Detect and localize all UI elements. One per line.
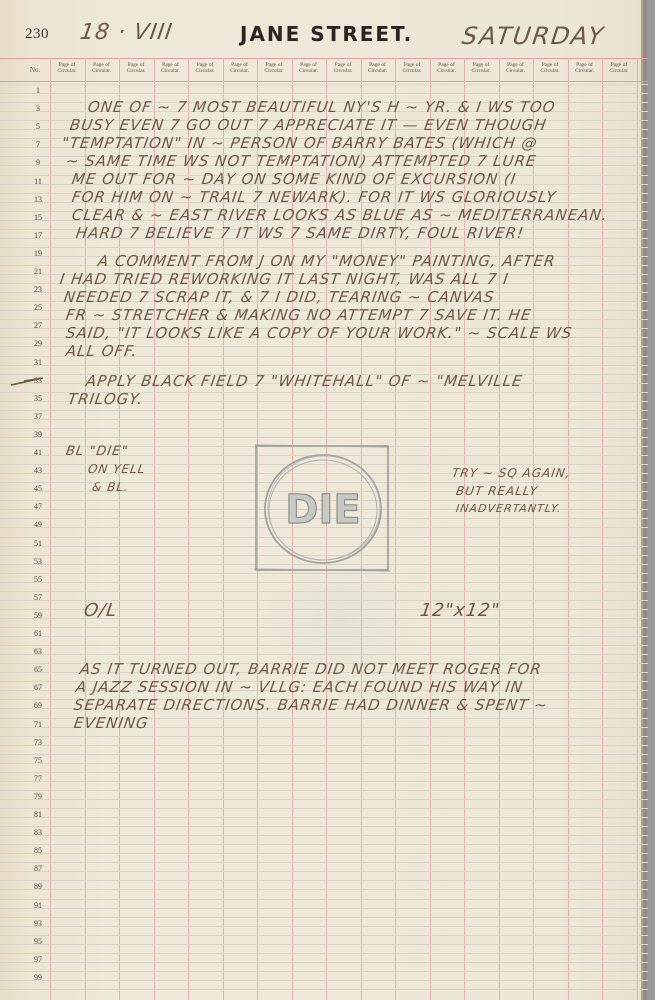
entry-line: I HAD TRIED REWORKING IT LAST NIGHT, WAS…	[59, 270, 510, 288]
row-number: 35	[30, 394, 46, 403]
entry-line: TRILOGY.	[67, 390, 145, 408]
note-left-line: ON YELL	[87, 462, 146, 476]
column-header-page-of-circular: Page of Circular.	[85, 62, 119, 74]
row-rule	[0, 962, 648, 963]
row-rule	[0, 736, 648, 737]
entry-line: A COMMENT FROM J ON MY "MONEY" PAINTING,…	[97, 252, 557, 270]
row-rule	[0, 754, 648, 755]
no-column-label: No.	[30, 66, 40, 74]
row-rule	[0, 781, 648, 782]
column-header-page-of-circular: Page of Circular.	[499, 62, 533, 74]
row-number: 99	[30, 973, 46, 982]
row-number: 85	[30, 846, 46, 855]
label-dimensions: 12"x12"	[419, 600, 502, 621]
row-number: 61	[30, 629, 46, 638]
column-rule	[50, 58, 51, 1000]
entry-line: SAID, "IT LOOKS LIKE A COPY OF YOUR WORK…	[65, 324, 574, 342]
row-rule	[0, 772, 648, 773]
ledger-page: 230 18 · VIII JANE STREET. SATURDAY No. …	[0, 0, 648, 1000]
row-number: 51	[30, 539, 46, 548]
page-title: JANE STREET.	[240, 22, 413, 46]
row-rule	[0, 853, 648, 854]
entry-line: NEEDED 7 SCRAP IT, & 7 I DID, TEARING ~ …	[63, 288, 496, 306]
row-number: 23	[30, 285, 46, 294]
row-number: 53	[30, 557, 46, 566]
column-header-page-of-circular: Page of Circular.	[50, 62, 84, 74]
row-number: 83	[30, 828, 46, 837]
page-number: 230	[25, 26, 49, 43]
row-number: 59	[30, 611, 46, 620]
note-left-line: & BL.	[91, 480, 130, 494]
die-sketch-icon: DIE	[253, 443, 391, 573]
row-rule	[0, 889, 648, 890]
row-rule	[0, 419, 648, 420]
row-number: 93	[30, 919, 46, 928]
note-right-line: BUT REALLY	[455, 484, 539, 498]
row-rule	[0, 871, 648, 872]
row-number: 31	[30, 358, 46, 367]
row-number: 87	[30, 864, 46, 873]
entry-line: FR ~ STRETCHER & MAKING NO ATTEMPT 7 SAV…	[65, 306, 533, 324]
row-rule	[0, 428, 648, 429]
row-number: 9	[30, 158, 46, 167]
row-number: 13	[30, 195, 46, 204]
row-number: 1	[30, 86, 46, 95]
row-number: 71	[30, 720, 46, 729]
row-rule	[0, 437, 648, 438]
entry-line: ~ SAME TIME WS NOT TEMPTATION) ATTEMPTED…	[65, 152, 538, 170]
row-number: 67	[30, 683, 46, 692]
entry-line: CLEAR & ~ EAST RIVER LOOKS AS BLUE AS ~ …	[71, 206, 609, 224]
row-number: 63	[30, 647, 46, 656]
row-rule	[0, 880, 648, 881]
row-rule	[0, 790, 648, 791]
row-number: 47	[30, 502, 46, 511]
row-number: 57	[30, 593, 46, 602]
entry-line: AS IT TURNED OUT, BARRIE DID NOT MEET RO…	[79, 660, 543, 678]
row-number: 69	[30, 701, 46, 710]
row-rule	[0, 989, 648, 990]
row-rule	[0, 917, 648, 918]
row-number: 19	[30, 249, 46, 258]
row-number: 97	[30, 955, 46, 964]
row-number: 11	[30, 177, 46, 186]
column-header-page-of-circular: Page of Circular.	[533, 62, 567, 74]
entry-line: A JAZZ SESSION IN ~ VLLG: EACH FOUND HIS…	[75, 678, 525, 696]
row-number: 95	[30, 937, 46, 946]
column-header-page-of-circular: Page of Circular.	[223, 62, 257, 74]
note-right-line: INADVERTANTLY.	[455, 502, 562, 515]
row-rule	[0, 862, 648, 863]
row-rule	[0, 971, 648, 972]
column-header-page-of-circular: Page of Circular.	[292, 62, 326, 74]
entry-line: SEPARATE DIRECTIONS. BARRIE HAD DINNER &…	[73, 696, 549, 714]
handwritten-day: SATURDAY	[457, 22, 609, 50]
entry-line: ONE OF ~ 7 MOST BEAUTIFUL NY'S H ~ YR. &…	[87, 98, 557, 116]
row-rule	[0, 835, 648, 836]
column-header-page-of-circular: Page of Circular.	[395, 62, 429, 74]
row-number: 91	[30, 901, 46, 910]
column-header-page-of-circular: Page of Circular.	[361, 62, 395, 74]
row-rule	[0, 908, 648, 909]
row-rule	[0, 935, 648, 936]
row-rule	[0, 926, 648, 927]
row-rule	[0, 410, 648, 411]
column-header-page-of-circular: Page of Circular.	[188, 62, 222, 74]
margin-arrow-icon	[10, 376, 44, 386]
row-number: 15	[30, 213, 46, 222]
row-number: 5	[30, 122, 46, 131]
row-number: 7	[30, 140, 46, 149]
row-rule	[0, 817, 648, 818]
row-number: 21	[30, 267, 46, 276]
column-header-page-of-circular: Page of Circular.	[430, 62, 464, 74]
entry-line: EVENING	[73, 714, 150, 732]
row-rule	[0, 899, 648, 900]
row-rule	[0, 365, 648, 366]
label-oil-on-linen: O/L	[83, 600, 119, 621]
row-rule	[0, 93, 648, 94]
column-header-page-of-circular: Page of Circular.	[464, 62, 498, 74]
column-header-page-of-circular: Page of Circular.	[568, 62, 602, 74]
row-number: 45	[30, 484, 46, 493]
row-rule	[0, 826, 648, 827]
column-header-page-of-circular: Page of Circular.	[154, 62, 188, 74]
handwritten-date: 18 · VIII	[78, 20, 174, 45]
entry-line: FOR HIM ON ~ TRAIL 7 NEWARK). FOR IT WS …	[71, 188, 558, 206]
column-header-page-of-circular: Page of Circular.	[326, 62, 360, 74]
row-number: 75	[30, 756, 46, 765]
row-number: 37	[30, 412, 46, 421]
row-number: 29	[30, 339, 46, 348]
column-header-page-of-circular: Page of Circular.	[119, 62, 153, 74]
row-rule	[0, 808, 648, 809]
entry-line: "TEMPTATION" IN ~ PERSON OF BARRY BATES …	[61, 134, 539, 152]
note-left-line: BL "DIE"	[65, 444, 129, 459]
row-rule	[0, 944, 648, 945]
row-rule	[0, 953, 648, 954]
row-number: 17	[30, 231, 46, 240]
entry-line: ME OUT FOR ~ DAY ON SOME KIND OF EXCURSI…	[71, 170, 518, 188]
row-number: 3	[30, 104, 46, 113]
row-number: 49	[30, 520, 46, 529]
row-number: 25	[30, 303, 46, 312]
row-rule	[0, 247, 648, 248]
row-number: 39	[30, 430, 46, 439]
row-number: 55	[30, 575, 46, 584]
row-rule	[0, 799, 648, 800]
entry-line: APPLY BLACK FIELD 7 "WHITEHALL" OF ~ "ME…	[85, 372, 524, 390]
entry-line: ALL OFF.	[65, 342, 139, 360]
entry-line: HARD 7 BELIEVE 7 IT WS 7 SAME DIRTY, FOU…	[75, 224, 526, 242]
column-header-page-of-circular: Page of Circular.	[602, 62, 636, 74]
column-rule	[568, 58, 569, 1000]
entry-line: BUSY EVEN 7 GO OUT 7 APPRECIATE IT — EVE…	[69, 116, 548, 134]
row-rule	[0, 980, 648, 981]
row-number: 77	[30, 774, 46, 783]
row-rule	[0, 763, 648, 764]
column-header-page-of-circular: Page of Circular.	[257, 62, 291, 74]
column-rule	[602, 58, 603, 1000]
column-rule	[637, 58, 638, 1000]
note-right-line: TRY ~ SQ AGAIN,	[451, 466, 572, 480]
row-rule	[0, 84, 648, 85]
row-number: 79	[30, 792, 46, 801]
row-number: 73	[30, 738, 46, 747]
row-number: 89	[30, 882, 46, 891]
row-number: 43	[30, 466, 46, 475]
row-number: 41	[30, 448, 46, 457]
row-rule	[0, 844, 648, 845]
row-number: 27	[30, 321, 46, 330]
row-number: 81	[30, 810, 46, 819]
row-number: 65	[30, 665, 46, 674]
row-rule	[0, 745, 648, 746]
svg-text:DIE: DIE	[285, 487, 360, 533]
